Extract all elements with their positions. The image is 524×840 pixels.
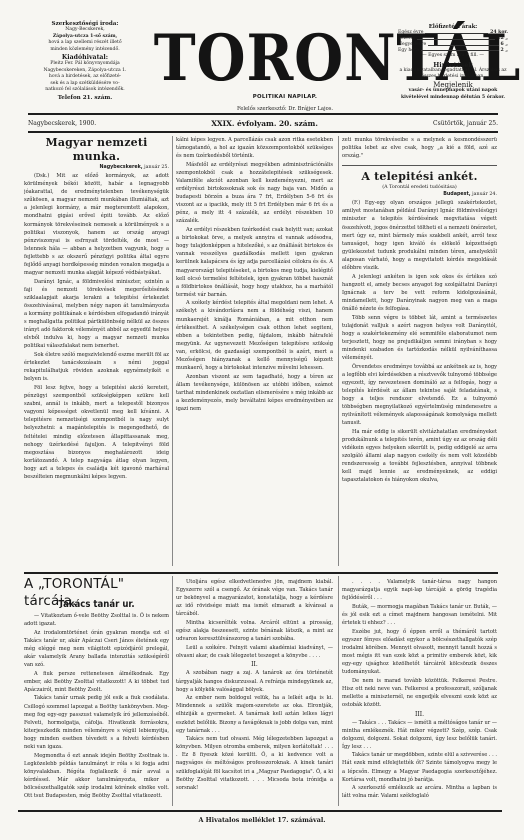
column-divider <box>338 136 339 566</box>
single-copy-price: — Egyes szám ára 8 fill. — <box>398 53 508 59</box>
appears-text: vasár- és ünnepnapok utáni napok kivétel… <box>398 88 508 100</box>
column-divider <box>172 136 173 566</box>
article-paragraph: kálni képes legyen. A parcellázás csak a… <box>176 136 333 160</box>
section-number: II. <box>176 660 333 669</box>
feuilleton-paragraph: Buták, — mormogja magában Takács tanár u… <box>342 603 497 627</box>
article-subnote: (A Torontál eredeti tudósitása) <box>342 184 497 191</box>
price-value: 2 „ <box>501 48 508 54</box>
masthead-rule <box>28 113 498 115</box>
feuilleton-paragraph: Eszébe jut, hogy ő éppen erről a thémáró… <box>342 628 497 677</box>
footer-rule <box>18 810 502 812</box>
article-separator <box>342 165 497 166</box>
article-paragraph: Darányi Ignác, a földmivelési miniszter,… <box>24 278 169 351</box>
article-paragraph: A székely kérdést telepités által megold… <box>176 299 333 372</box>
place-year: Nagybecskerek, 1900. <box>28 120 96 127</box>
column-divider <box>172 576 173 806</box>
editor-line: Felelős szerkesztő: Dr. Brájjer Lajos. <box>190 106 380 112</box>
feuilleton-column-1: Takács tanár ur. — Vitatkoztam ő-vele Be… <box>24 598 169 810</box>
feuilleton-paragraph: A szobában nagy a zaj. A tanárok az óra … <box>176 669 333 693</box>
article-dateline: Nagybecskerek, január 25. <box>24 164 169 172</box>
feuilleton-paragraph: Takács nem tud olvasni. Még lélegzetebbe… <box>176 735 333 792</box>
feuilleton-paragraph: . . . . Valamelyik tanár-társa nagy hang… <box>342 578 497 602</box>
newspaper-title: TORONTÁL <box>154 24 385 94</box>
newspaper-page: Szerkesztőségi iroda: Nagy-Becskerek, Zá… <box>0 0 524 840</box>
dateline: Nagybecskerek, 1900. XXIX. évfolyam. 20.… <box>28 116 498 130</box>
phone-number: Telefon 21. szám. <box>30 95 140 101</box>
article-paragraph: Örvendetes eredménye továbbá az ankétnek… <box>342 363 497 428</box>
article-paragraph: Sok életre szóló megszivlelendő eszme me… <box>24 351 169 383</box>
volume-number: XXIX. évfolyam. 20. szám. <box>211 119 318 128</box>
article-date: január 24. <box>472 192 497 197</box>
price-label: Egy hóra <box>398 48 419 54</box>
feuilleton-paragraph: Takács tanár ur megdöbben, szinte elül a… <box>342 751 497 783</box>
article-date: január 25. <box>144 165 169 170</box>
article-paragraph: Föl lesz fejtve, hogy a telepitési akció… <box>24 384 169 481</box>
feuilleton-paragraph: Az irodalomtörténet órán gyakran mondja … <box>24 629 169 669</box>
issue-date: Csütörtök, január 25. <box>433 120 498 127</box>
editorial-office-box: Szerkesztőségi iroda: Nagy-Becskerek, Zá… <box>30 21 140 102</box>
office-line: minden közlemény intézendő. <box>30 47 140 53</box>
article-paragraph: zeti munka törekvéseibe s a melynek a ke… <box>342 136 497 160</box>
column-2: kálni képes legyen. A parcellázás csak a… <box>176 136 333 568</box>
article-place: Nagybecskerek, <box>99 165 142 170</box>
feuilleton-paragraph: Az ember nem boldogul velük, ha a lelkét… <box>176 694 333 734</box>
article-paragraph: (Dsk.) Mit az előző kormányok, az adott … <box>24 172 169 277</box>
column-divider <box>338 576 339 806</box>
feuilleton-paragraph: — Takács . . . Takács — ismétli a méltós… <box>342 719 497 751</box>
feuilleton-paragraph: Leül a székére. Felnyit valami akadémiai… <box>176 644 333 660</box>
article-dateline: Budapest, január 24. <box>342 191 497 199</box>
section-number: III. <box>342 710 497 719</box>
article-paragraph: (F.) Egy-egy olyan országos jellegü szak… <box>342 199 497 272</box>
article-place: Budapest, <box>443 192 470 197</box>
newspaper-subtitle: POLITIKAI NAPILAP. <box>190 94 380 100</box>
article-paragraph: Több senn végre is többet lát, amint a t… <box>342 314 497 363</box>
column-1: Magyar nemzeti munka. Nagybecskerek, jan… <box>24 136 169 568</box>
publisher-line: natkozó fel szólalások intézendők. <box>30 87 140 93</box>
feuilleton-column-2: Utoljára egész elkedvetlenedve jön, majd… <box>176 578 333 808</box>
masthead: Szerkesztőségi iroda: Nagy-Becskerek, Zá… <box>20 6 502 114</box>
feuilleton-rule <box>24 572 498 574</box>
article-title: A telepitési ankét. <box>342 170 497 184</box>
article-paragraph: Ha már eddig is sikerült elvitázhatatlan… <box>342 428 497 485</box>
article-paragraph: Másfelől az erdélyrészi megyékben admini… <box>176 161 333 226</box>
feuilleton-paragraph: A szerkesztő emlékszik az arcára. Mintha… <box>342 784 497 800</box>
feuilleton-column-3: . . . . Valamelyik tanár-társa nagy hang… <box>342 578 497 808</box>
article-paragraph: Az erdélyi részekben üzérkedést csak hel… <box>176 226 333 299</box>
subscription-box: Előfizetési árak: Egész évre24 kor. Félé… <box>398 24 508 101</box>
feuilleton-paragraph: A fiuk persze rettenetesen álmélkodnak. … <box>24 670 169 694</box>
article-title: Magyar nemzeti munka. <box>24 136 169 164</box>
article-paragraph: A jelenlegi ankéten is igen sok okos és … <box>342 273 497 313</box>
column-3: zeti munka törekvéseibe s a melynek a ke… <box>342 136 497 568</box>
footer-note: A Hivatalos melléklet 17. számával. <box>0 816 524 824</box>
feuilleton-paragraph: Takács tanár urnak pedig jól esik a fiuk… <box>24 694 169 751</box>
dateline-rule <box>28 131 498 133</box>
feuilleton-title: Takács tanár ur. <box>31 598 162 612</box>
ads-text: a kiadóhivatalban fogadtatnak el. Árszab… <box>398 68 508 80</box>
feuilleton-paragraph: Megmondta ő ezt annak idején Beöthy Zsol… <box>24 752 169 801</box>
article-paragraph: Azonban viszont az sem tagadható, hogy a… <box>176 373 333 413</box>
feuilleton-paragraph: Utoljára egész elkedvetlenedve jön, majd… <box>176 578 333 618</box>
feuilleton-paragraph: De nem is marad tovább közöttük. Felkere… <box>342 677 497 709</box>
feuilleton-paragraph: Mintha kicserélték volna. Arcáról eltünt… <box>176 619 333 643</box>
feuilleton-epigraph: — Vitatkoztam ő-vele Beöthy Zsolttal is.… <box>24 612 169 628</box>
